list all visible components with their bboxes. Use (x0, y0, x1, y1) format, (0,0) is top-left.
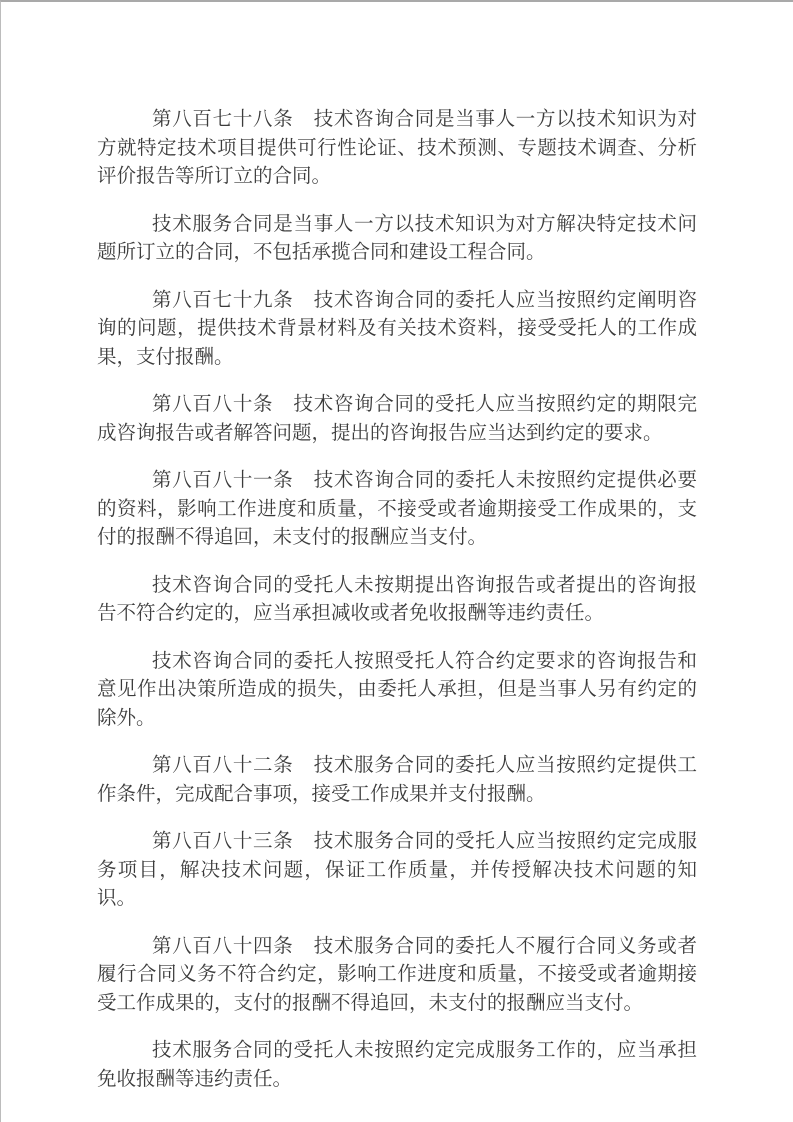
law-paragraph-article-878-clause-2: 技术服务合同是当事人一方以技术知识为对方解决特定技术问题所订立的合同，不包括承揽… (97, 211, 697, 268)
law-paragraph-article-881-clause-3: 技术咨询合同的委托人按照受托人符合约定要求的咨询报告和意见作出决策所造成的损失，… (97, 648, 697, 734)
law-paragraph-article-884-clause-2: 技术服务合同的受托人未按照约定完成服务工作的，应当承担免收报酬等违约责任。 (97, 1037, 697, 1094)
law-paragraph-article-882: 第八百八十二条 技术服务合同的委托人应当按照约定提供工作条件，完成配合事项，接受… (97, 752, 697, 809)
law-paragraph-article-881: 第八百八十一条 技术咨询合同的委托人未按照约定提供必要的资料，影响工作进度和质量… (97, 467, 697, 553)
law-paragraph-article-879: 第八百七十九条 技术咨询合同的委托人应当按照约定阐明咨询的问题，提供技术背景材料… (97, 287, 697, 373)
law-paragraph-article-880: 第八百八十条 技术咨询合同的受托人应当按照约定的期限完成咨询报告或者解答问题，提… (97, 391, 697, 448)
law-paragraph-article-881-clause-2: 技术咨询合同的受托人未按期提出咨询报告或者提出的咨询报告不符合约定的，应当承担减… (97, 572, 697, 629)
law-paragraph-article-884: 第八百八十四条 技术服务合同的委托人不履行合同义务或者履行合同义务不符合约定，影… (97, 933, 697, 1019)
law-paragraph-article-883: 第八百八十三条 技术服务合同的受托人应当按照约定完成服务项目，解决技术问题，保证… (97, 828, 697, 914)
law-paragraph-article-878: 第八百七十八条 技术咨询合同是当事人一方以技术知识为对方就特定技术项目提供可行性… (97, 106, 697, 192)
document-page: 第八百七十八条 技术咨询合同是当事人一方以技术知识为对方就特定技术项目提供可行性… (0, 0, 793, 1122)
page-content: 第八百七十八条 技术咨询合同是当事人一方以技术知识为对方就特定技术项目提供可行性… (97, 106, 697, 1113)
